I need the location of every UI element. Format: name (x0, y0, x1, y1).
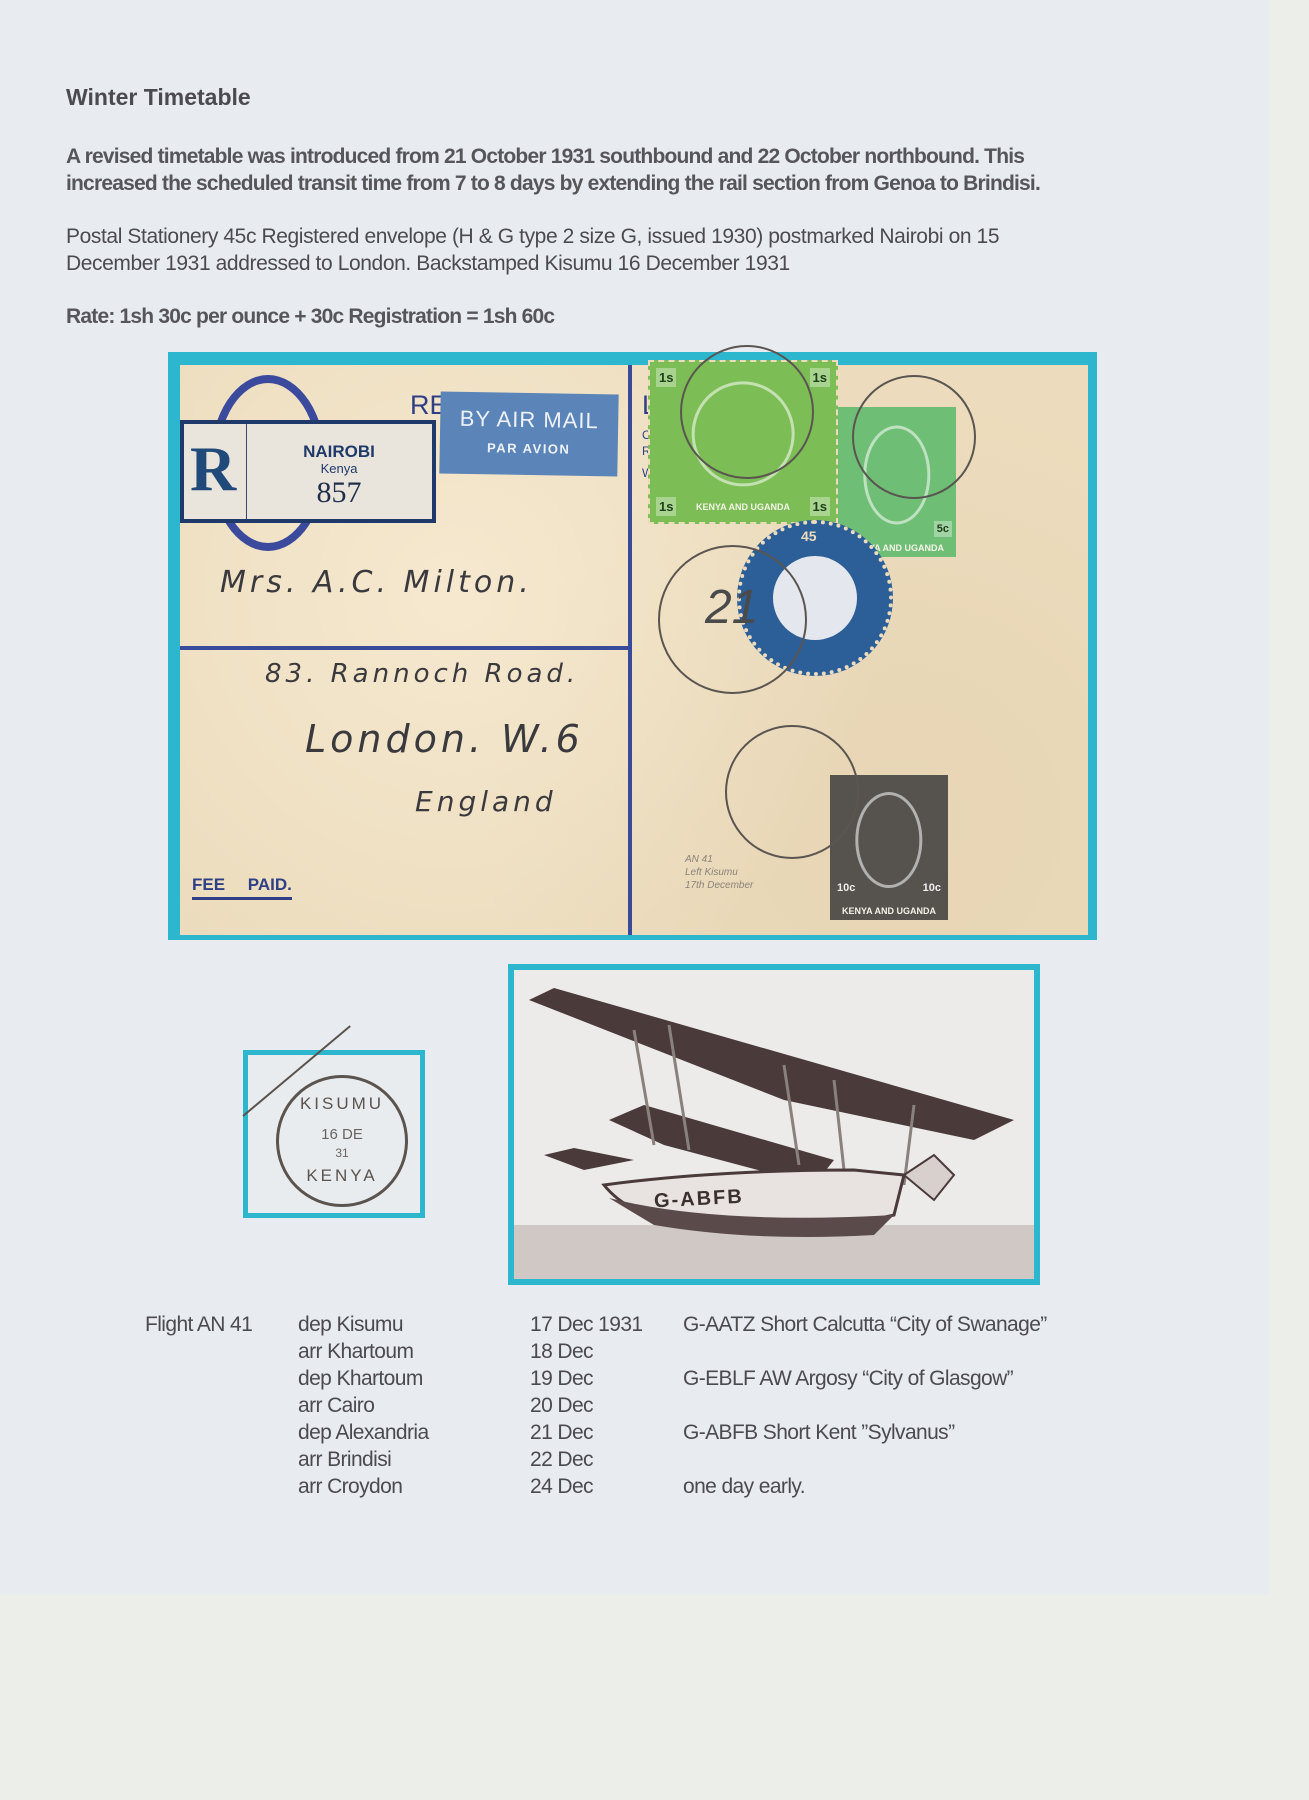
timetable-date: 22 Dec (530, 1448, 593, 1472)
fee-paid-text: FEE PAID. (192, 875, 292, 900)
registration-country: Kenya (246, 461, 432, 476)
timetable-stop: dep Kisumu (298, 1313, 403, 1337)
intro-line-2: increased the scheduled transit time fro… (66, 170, 1040, 197)
backstamp-mount: KISUMU 16 DE 31 KENYA (243, 1050, 425, 1218)
stamp-value: 10c (920, 880, 944, 896)
timetable-date: 18 Dec (530, 1340, 593, 1364)
address-line-2: 83. Rannoch Road. (265, 659, 579, 689)
stamp-country: KENYA AND UGANDA (830, 906, 948, 916)
envelope-horizontal-line (180, 646, 630, 650)
registered-envelope: REG L OFF REC WR R NAIROBI Kenya 857 BY … (180, 365, 1088, 935)
postmark-country: KENYA (279, 1166, 405, 1186)
envelope-vertical-line (628, 365, 632, 935)
rate-line: Rate: 1sh 30c per ounce + 30c Registrati… (66, 303, 554, 330)
timetable-stop: dep Alexandria (298, 1421, 429, 1445)
timetable-stop: arr Croydon (298, 1475, 402, 1499)
description-line-1: Postal Stationery 45c Registered envelop… (66, 223, 999, 250)
pencil-note-line: Left Kisumu (685, 866, 753, 879)
king-portrait-icon (855, 792, 922, 888)
stamp-value: 10c (834, 880, 858, 896)
timetable-note: one day early. (683, 1475, 805, 1499)
embossed-value: 45 (801, 528, 817, 544)
postmark-date: 16 DE (279, 1126, 405, 1143)
timetable-date: 20 Dec (530, 1394, 593, 1418)
pencil-note: AN 41 Left Kisumu 17th December (685, 853, 753, 892)
page-title: Winter Timetable (66, 84, 251, 111)
address-line-4: England (415, 785, 557, 818)
address-line-1: Mrs. A.C. Milton. (220, 565, 533, 600)
stamp-value: 1s (656, 368, 676, 387)
airmail-label: BY AIR MAIL PAR AVION (439, 391, 618, 476)
timetable-date: 21 Dec (530, 1421, 593, 1445)
postmark-circle (852, 375, 976, 499)
backstamp-image: KISUMU 16 DE 31 KENYA (248, 1055, 420, 1213)
registration-number: 857 (246, 476, 432, 510)
stamp-value: 5c (934, 521, 952, 537)
description-paragraph: Postal Stationery 45c Registered envelop… (66, 223, 999, 277)
timetable-note: G-EBLF AW Argosy “City of Glasgow” (683, 1367, 1013, 1391)
aircraft-registration: G-ABFB (653, 1186, 744, 1214)
timetable-date: 17 Dec 1931 (530, 1313, 643, 1337)
postmark-circle (680, 345, 814, 479)
kisumu-postmark: KISUMU 16 DE 31 KENYA (276, 1075, 408, 1207)
stamp-value: 1s (810, 368, 830, 387)
registration-label: R NAIROBI Kenya 857 (180, 420, 436, 523)
timetable-stop: arr Khartoum (298, 1340, 413, 1364)
description-line-2: December 1931 addressed to London. Backs… (66, 250, 999, 277)
timetable-note: G-ABFB Short Kent ”Sylvanus” (683, 1421, 954, 1445)
registration-town: NAIROBI (246, 442, 432, 462)
postmark-town: KISUMU (279, 1094, 405, 1114)
handwritten-number: 21 (705, 580, 758, 635)
timetable-note: G-AATZ Short Calcutta “City of Swanage” (683, 1313, 1047, 1337)
pencil-note-line: 17th December (685, 879, 753, 892)
timetable-stop: dep Khartoum (298, 1367, 423, 1391)
flying-boat-icon (514, 970, 1034, 1279)
stamp-country: KENYA AND UGANDA (650, 502, 836, 512)
registration-letter: R (190, 432, 236, 506)
address-line-3: London. W.6 (305, 717, 584, 761)
par-avion-text: PAR AVION (440, 439, 618, 457)
timetable-date: 19 Dec (530, 1367, 593, 1391)
timetable-stop: arr Cairo (298, 1394, 374, 1418)
pencil-note-line: AN 41 (685, 853, 753, 866)
timetable-date: 24 Dec (530, 1475, 593, 1499)
aircraft-photo-mount: G-ABFB (508, 964, 1040, 1285)
timetable-stop: arr Brindisi (298, 1448, 391, 1472)
postmark-year: 31 (279, 1146, 405, 1160)
airmail-text: BY AIR MAIL (440, 405, 618, 434)
intro-paragraph: A revised timetable was introduced from … (66, 143, 1040, 197)
album-page: Winter Timetable A revised timetable was… (0, 0, 1269, 1594)
postmark-circle (725, 725, 859, 859)
flight-label: Flight AN 41 (145, 1313, 252, 1337)
intro-line-1: A revised timetable was introduced from … (66, 143, 1040, 170)
aircraft-photo: G-ABFB (514, 970, 1034, 1279)
envelope-mount: REG L OFF REC WR R NAIROBI Kenya 857 BY … (168, 352, 1097, 940)
